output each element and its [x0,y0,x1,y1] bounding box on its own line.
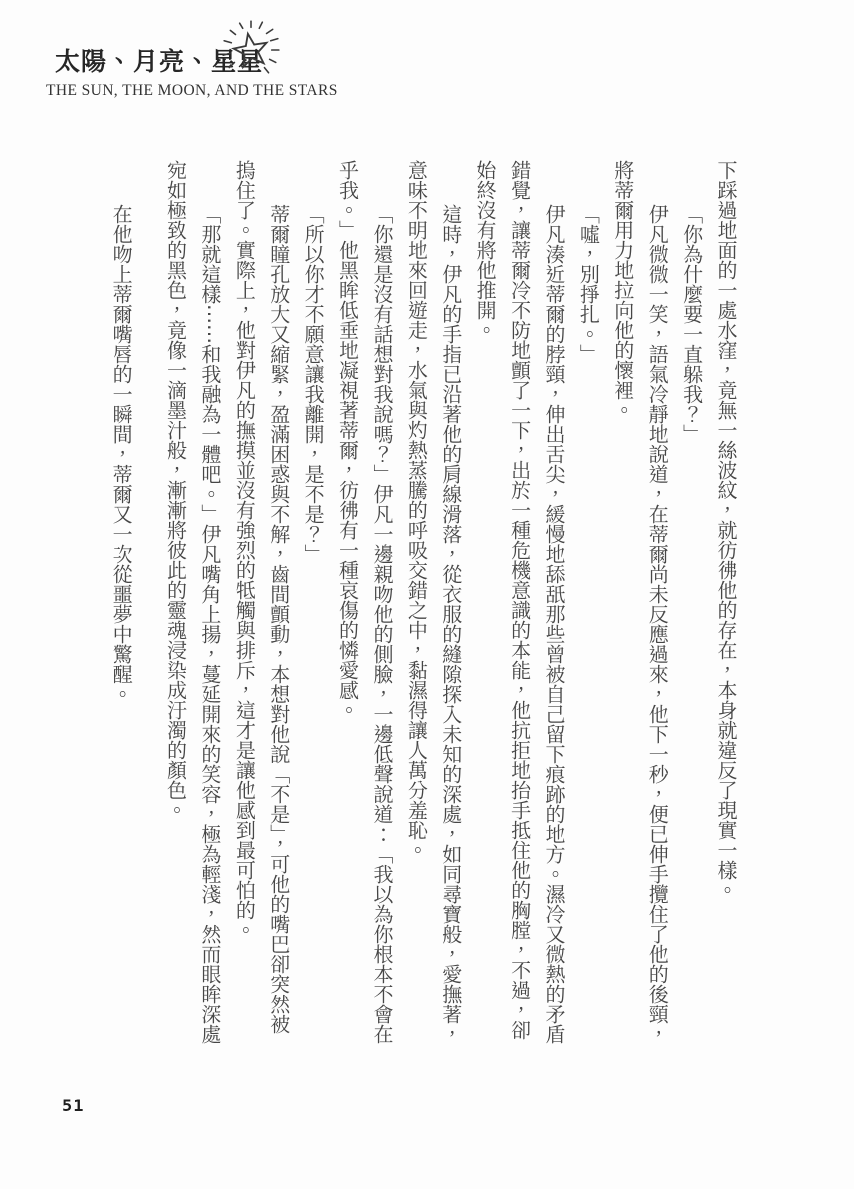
page-number: 51 [62,1097,84,1116]
paragraph: 下踩過地面的一處水窪，竟無一絲波紋，就彷彿他的存在，本身就違反了現實一樣。 [708,160,742,1049]
paragraph: 「噓，別掙扎。」 [570,160,604,1049]
paragraph: 蒂爾瞳孔放大又縮緊，盈滿困惑與不解，齒間顫動，本想對他說「不是」，可他的嘴巴卻突… [226,160,295,1049]
paragraph: 「那就這樣⋯⋯和我融為一體吧。」伊凡嘴角上揚，蔓延開來的笑容，極為輕淺，然而眼眸… [157,160,226,1049]
paragraph: 伊凡湊近蒂爾的脖頸，伸出舌尖，緩慢地舔舐那些曾被自己留下痕跡的地方。濕冷又微熱的… [467,160,570,1049]
paragraph: 這時，伊凡的手指已沿著他的肩線滑落，從衣服的縫隙探入未知的深處，如同尋寶般，愛撫… [398,160,467,1049]
text-columns: 下踩過地面的一處水窪，竟無一絲波紋，就彷彿他的存在，本身就違反了現實一樣。 「你… [92,160,742,1049]
book-page: 太陽、月亮、星星 THE SUN, THE MOON, AND THE STAR… [0,0,854,1189]
paragraph: 伊凡微微一笑，語氣冷靜地說道，在蒂爾尚未反應過來，他下一秒，便已伸手攬住了他的後… [604,160,673,1049]
star-burst-icon [220,16,282,82]
paragraph: 「所以你才不願意讓我離開，是不是？」 [295,160,329,1049]
paragraph: 「你為什麼要一直躲我？」 [673,160,707,1049]
book-title-en: THE SUN, THE MOON, AND THE STARS [46,82,338,100]
paragraph: 「你還是沒有話想對我說嗎？」伊凡一邊親吻他的側臉，一邊低聲說道：「我以為你根本不… [329,160,398,1049]
paragraph: 在他吻上蒂爾嘴唇的一瞬間，蒂爾又一次從噩夢中驚醒。 [103,160,137,1049]
